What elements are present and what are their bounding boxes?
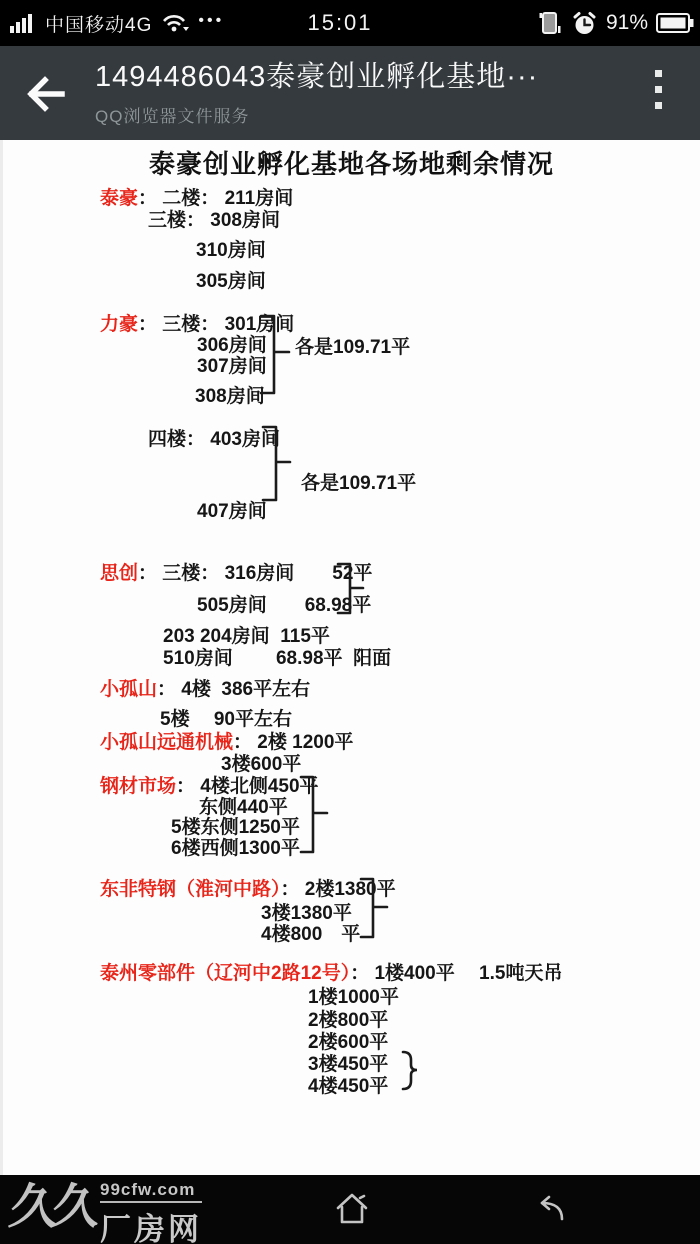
line-text: ： 二楼： 211房间 (138, 188, 293, 209)
nav-back-icon[interactable] (528, 1193, 568, 1225)
doc-line: 1楼1000平 (308, 987, 399, 1008)
header-text-block: 1494486043泰豪创业孵化基地··· QQ浏览器文件服务 (95, 54, 620, 127)
line-text: 3楼450平 (308, 1054, 388, 1075)
vibrate-phone-icon (537, 10, 563, 36)
doc-line: 308房间 (195, 386, 265, 407)
bracket-note: 各是109.71平 (295, 332, 410, 359)
document-viewport[interactable]: 泰豪创业孵化基地各场地剩余情况 泰豪： 二楼： 211房间 三楼： 308房间 … (0, 140, 700, 1175)
doc-line: 四楼： 403房间 (148, 429, 280, 450)
doc-line: 思创： 三楼： 316房间 52平 (100, 563, 372, 584)
line-text: 510房间 68.98平 阳面 (163, 648, 391, 669)
doc-line: 三楼： 308房间 (148, 210, 280, 231)
line-text: 4楼450平 (308, 1076, 388, 1097)
line-text: ： 4楼 386平左右 (157, 679, 310, 700)
line-text: 6楼西侧1300平 (171, 838, 300, 859)
site-label: 泰州零部件（辽河中2路12号） (100, 963, 350, 984)
back-arrow-icon[interactable] (24, 75, 66, 113)
doc-line: 3楼600平 (221, 754, 301, 775)
line-text: 1楼1000平 (308, 987, 399, 1008)
doc-line: 力豪： 三楼： 301房间 (100, 314, 294, 335)
doc-line: 5楼东侧1250平 (171, 817, 300, 838)
site-label: 东非特钢（淮河中路） (100, 879, 281, 900)
site-label: 小孤山 (100, 679, 157, 700)
line-text: ： 三楼： 316房间 52平 (138, 563, 372, 584)
doc-line: 小孤山远通机械： 2楼 1200平 (100, 732, 353, 753)
phone-screen: 中国移动4G ••• 15:01 91% (0, 0, 700, 1244)
battery-percent-label: 91% (606, 11, 648, 35)
line-text: 5楼东侧1250平 (171, 817, 300, 838)
alarm-clock-icon (571, 10, 598, 37)
line-text: 310房间 (196, 240, 266, 261)
line-text: ： 三楼： 301房间 (138, 314, 294, 335)
site-label: 泰豪 (100, 188, 138, 209)
watermark-site-name: 厂房网 (100, 1204, 202, 1244)
doc-line: 泰豪： 二楼： 211房间 (100, 188, 293, 209)
status-bar: 中国移动4G ••• 15:01 91% (0, 0, 700, 46)
line-text: ： 2楼1380平 (281, 879, 396, 900)
line-text: 3楼1380平 (261, 903, 352, 924)
line-text: 308房间 (195, 386, 265, 407)
doc-line: 钢材市场： 4楼北侧450平 (100, 776, 319, 797)
doc-line: 307房间 (197, 356, 267, 377)
kebab-menu-icon[interactable] (655, 70, 662, 109)
doc-line: 510房间 68.98平 阳面 (163, 648, 391, 669)
doc-line: 6楼西侧1300平 (171, 838, 300, 859)
doc-line: 203 204房间 115平 (163, 626, 330, 647)
file-title: 1494486043泰豪创业孵化基地··· (95, 54, 620, 95)
doc-line: 4楼450平 (308, 1076, 388, 1097)
line-text: 305房间 (196, 271, 266, 292)
site-label: 钢材市场 (100, 776, 176, 797)
watermark-site-url: 99cfw.com (100, 1180, 202, 1203)
doc-line: 2楼800平 (308, 1010, 388, 1031)
doc-line: 305房间 (196, 271, 266, 292)
doc-line: 5楼 90平左右 (160, 709, 292, 730)
doc-line: 小孤山： 4楼 386平左右 (100, 679, 310, 700)
doc-line: 310房间 (196, 240, 266, 261)
doc-line: 2楼600平 (308, 1032, 388, 1053)
status-right-group: 91% (537, 0, 694, 46)
home-icon[interactable] (333, 1190, 371, 1228)
service-subtitle: QQ浏览器文件服务 (95, 102, 620, 127)
site-label: 思创 (100, 563, 138, 584)
watermark-logo-mark: 久久 (6, 1178, 98, 1238)
line-text: 505房间 68.98平 (197, 595, 371, 616)
doc-line: 4楼800 平 (261, 924, 360, 945)
document-title: 泰豪创业孵化基地各场地剩余情况 (3, 144, 700, 181)
line-text: 407房间 (197, 501, 267, 522)
line-text: 4楼800 平 (261, 924, 360, 945)
battery-icon (656, 12, 694, 34)
app-header: 1494486043泰豪创业孵化基地··· QQ浏览器文件服务 (0, 46, 700, 140)
watermark-texts: 99cfw.com 厂房网 (100, 1180, 202, 1244)
doc-line: 3楼1380平 (261, 903, 352, 924)
line-text: 5楼 90平左右 (160, 709, 292, 730)
bracket-note: 各是109.71平 (301, 468, 416, 495)
site-watermark: 久久 99cfw.com 厂房网 (10, 1178, 202, 1244)
line-text: 四楼： 403房间 (148, 429, 280, 450)
line-text: ： 4楼北侧450平 (176, 776, 319, 797)
line-text: 三楼： 308房间 (148, 210, 280, 231)
android-nav-bar: 久久 99cfw.com 厂房网 (0, 1175, 700, 1244)
line-text: 306房间 (197, 335, 267, 356)
line-text: ： 1楼400平 1.5吨天吊 (350, 963, 562, 984)
line-text: 2楼800平 (308, 1010, 388, 1031)
doc-line: 东非特钢（淮河中路）： 2楼1380平 (100, 879, 396, 900)
doc-line: 东侧440平 (199, 797, 288, 818)
line-text: 东侧440平 (199, 797, 288, 818)
site-label: 力豪 (100, 314, 138, 335)
doc-line: 505房间 68.98平 (197, 595, 371, 616)
doc-line: 306房间 (197, 335, 267, 356)
line-text: 3楼600平 (221, 754, 301, 775)
doc-line: 泰州零部件（辽河中2路12号）： 1楼400平 1.5吨天吊 (100, 963, 562, 984)
line-text: ： 2楼 1200平 (233, 732, 353, 753)
doc-line: 3楼450平 (308, 1054, 388, 1075)
doc-line: 407房间 (197, 501, 267, 522)
site-label: 小孤山远通机械 (100, 732, 233, 753)
line-text: 307房间 (197, 356, 267, 377)
line-text: 2楼600平 (308, 1032, 388, 1053)
line-text: 203 204房间 115平 (163, 626, 330, 647)
